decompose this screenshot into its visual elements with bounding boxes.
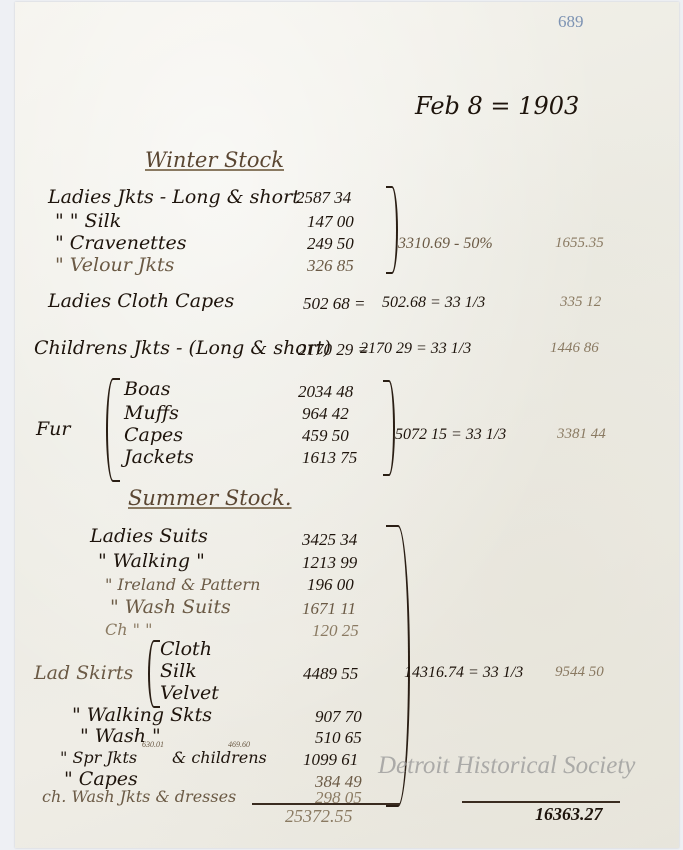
ledger-label: ch. Wash Jkts & dresses: [42, 787, 236, 806]
ledger-amount: 964 42: [302, 404, 349, 424]
ledger-amount: 4489 55: [303, 664, 358, 684]
ledger-label: Childrens Jkts - (Long & short): [34, 337, 331, 359]
ledger-amount: 510 65: [315, 728, 362, 748]
skirt-type: Silk: [160, 660, 197, 682]
ledger-amount: 2034 48: [298, 382, 353, 402]
ledger-amount: 2587 34: [296, 188, 351, 208]
ledger-label: " " Silk: [55, 210, 121, 232]
ledger-label: Ladies Cloth Capes: [48, 290, 234, 312]
summer-stock-heading: Summer Stock.: [128, 486, 292, 510]
ledger-label: Jackets: [124, 446, 194, 468]
brace: [386, 186, 398, 274]
ledger-label: Lad Skirts: [34, 662, 133, 684]
ledger-label: & childrens: [172, 748, 267, 767]
discount-calc: 2170 29 = 33 1/3: [360, 340, 471, 358]
ledger-amount: 3425 34: [302, 530, 357, 550]
ledger-amount: 147 00: [307, 212, 354, 232]
page-number-stamp: 689: [558, 12, 584, 32]
discount-result: 1446 86: [550, 340, 599, 357]
ledger-label: " Ireland & Pattern: [105, 575, 260, 594]
discount-calc: 3310.69 - 50%: [398, 235, 493, 253]
discount-result: 9544 50: [555, 664, 604, 681]
ledger-amount: 2170 29 =: [298, 340, 369, 360]
discount-calc: 502.68 = 33 1/3: [382, 294, 485, 312]
brace: [148, 640, 160, 708]
brace: [106, 378, 120, 482]
ledger-amount: 502 68 =: [303, 294, 365, 314]
ledger-amount: 1213 99: [302, 553, 357, 573]
ledger-label: " Wash Suits: [110, 596, 231, 618]
grand-total: 16363.27: [535, 804, 603, 825]
ledger-amount: 249 50: [307, 234, 354, 254]
skirt-type: Velvet: [160, 682, 219, 704]
ledger-amount: 1099 61: [303, 750, 358, 770]
ledger-amount: 907 70: [315, 707, 362, 727]
ledger-label: Ladies Suits: [90, 525, 208, 547]
ledger-amount: 298 05: [315, 788, 362, 808]
discount-calc: 14316.74 = 33 1/3: [404, 664, 523, 682]
watermark: Detroit Historical Society: [378, 752, 635, 780]
discount-result: 1655.35: [555, 235, 604, 252]
ledger-label: " Walking Skts: [72, 704, 212, 726]
discount-calc: 5072 15 = 33 1/3: [395, 426, 506, 444]
column-total: 25372.55: [285, 806, 353, 827]
ledger-label: " Cravenettes: [55, 232, 186, 254]
ledger-amount: 1613 75: [302, 448, 357, 468]
brace: [383, 380, 395, 476]
ledger-label: Capes: [124, 424, 183, 446]
winter-stock-heading: Winter Stock: [145, 148, 284, 172]
sum-rule: [462, 801, 620, 803]
document-date: Feb 8 = 1903: [415, 92, 579, 120]
ledger-amount: 120 25: [312, 621, 359, 641]
skirt-type: Cloth: [160, 638, 212, 660]
ledger-label: Muffs: [124, 402, 179, 424]
marginal-note: 630.01: [142, 740, 164, 749]
ledger-label: Fur: [36, 418, 71, 440]
ledger-amount: 326 85: [307, 256, 354, 276]
ledger-label: " Spr Jkts: [60, 748, 137, 767]
ledger-label: Ch " ": [105, 620, 152, 639]
discount-result: 335 12: [560, 294, 601, 311]
discount-result: 3381 44: [557, 426, 606, 443]
sum-rule: [252, 803, 400, 805]
ledger-label: Ladies Jkts - Long & short: [48, 186, 300, 208]
ledger-label: " Walking ": [98, 550, 205, 572]
ledger-label: Boas: [124, 378, 170, 400]
ledger-amount: 196 00: [307, 575, 354, 595]
ledger-amount: 459 50: [302, 426, 349, 446]
ledger-label: " Velour Jkts: [55, 254, 174, 276]
ledger-amount: 1671 11: [302, 599, 356, 619]
marginal-note: 469.60: [228, 740, 250, 749]
